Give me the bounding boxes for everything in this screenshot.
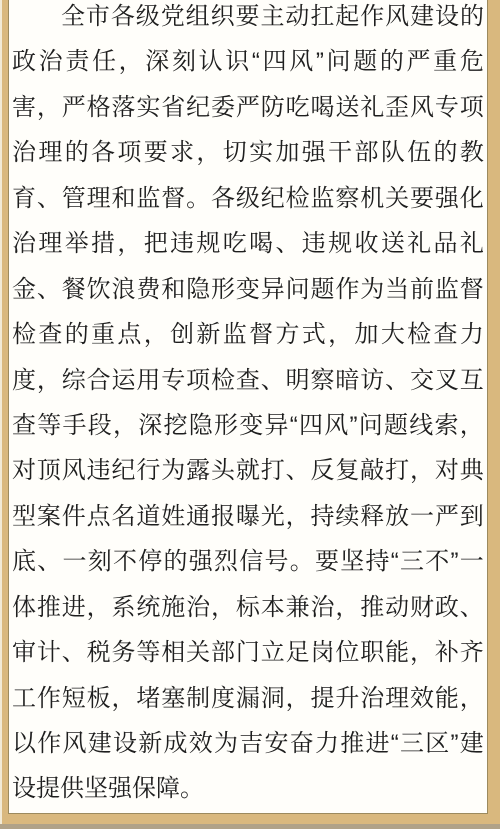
text-line: 底、一刻不停的强烈信号。要坚持“三不”一 [12, 539, 484, 584]
document-page: 全市各级党组织要主动扛起作风建设的政治责任，深刻认识“四风”问题的严重危害，严格… [0, 0, 500, 829]
text-line: 害，严格落实省纪委严防吃喝送礼歪风专项 [12, 85, 484, 130]
text-line: 治理举措，把违规吃喝、违规收送礼品礼 [12, 221, 484, 266]
text-line: 设提供坚强保障。 [12, 766, 484, 811]
text-line: 治理的各项要求，切实加强干部队伍的教 [12, 130, 484, 175]
text-line: 以作风建设新成效为吉安奋力推进“三区”建 [12, 721, 484, 766]
text-line: 工作短板，堵塞制度漏洞，提升治理效能， [12, 676, 484, 721]
text-line: 型案件点名道姓通报曝光，持续释放一严到 [12, 494, 484, 539]
text-line: 全市各级党组织要主动扛起作风建设的 [12, 0, 484, 39]
text-line: 对顶风违纪行为露头就打、反复敲打，对典 [12, 448, 484, 493]
text-line: 检查的重点，创新监督方式，加大检查力 [12, 312, 484, 357]
frame-left-edge-highlight [0, 0, 2, 829]
text-line: 金、餐饮浪费和隐形变异问题作为当前监督 [12, 267, 484, 312]
text-line: 审计、税务等相关部门立足岗位职能，补齐 [12, 630, 484, 675]
text-line: 度，综合运用专项检查、明察暗访、交叉互 [12, 358, 484, 403]
text-line: 政治责任，深刻认识“四风”问题的严重危 [12, 39, 484, 84]
frame-bottom-shade [0, 824, 500, 829]
text-line: 育、管理和监督。各级纪检监察机关要强化 [12, 176, 484, 221]
text-line: 查等手段，深挖隐形变异“四风”问题线索， [12, 403, 484, 448]
text-line: 体推进，系统施治，标本兼治，推动财政、 [12, 585, 484, 630]
paragraph: 全市各级党组织要主动扛起作风建设的政治责任，深刻认识“四风”问题的严重危害，严格… [8, 0, 488, 819]
